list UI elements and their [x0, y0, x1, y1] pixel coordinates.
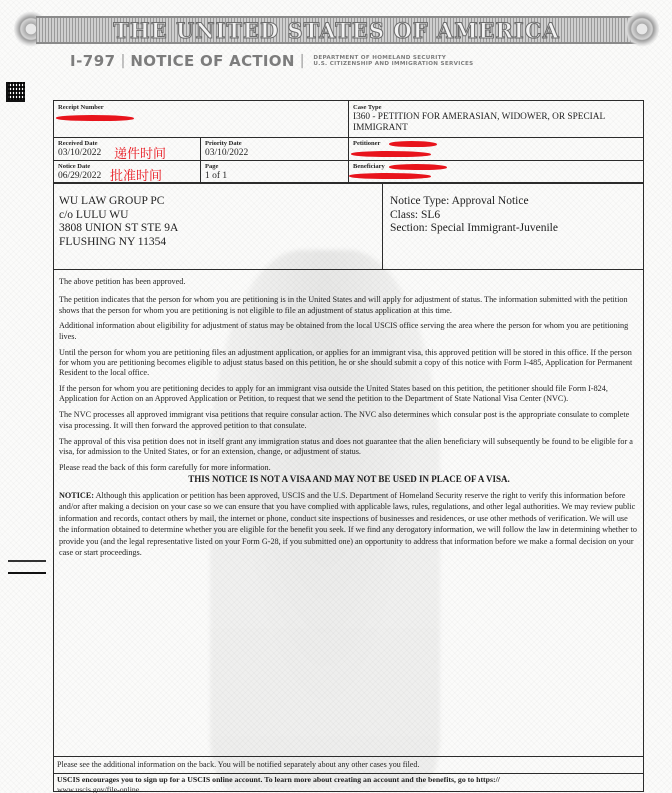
notice-date-cell: Notice Date 06/29/2022 批准时间 — [54, 160, 201, 182]
petitioner-cell: Petitioner — [349, 137, 643, 160]
footer-additional-info: Please see the additional information on… — [54, 756, 643, 773]
body-paragraph: Please read the back of this form carefu… — [59, 463, 639, 473]
notice-info: Notice Type: Approval Notice Class: SL6 … — [390, 195, 558, 236]
separator: | — [121, 53, 126, 69]
redaction-mark — [388, 164, 447, 170]
page-cell: Page 1 of 1 — [201, 160, 349, 182]
page-label: Page — [205, 163, 344, 171]
notice-type: Notice Type: Approval Notice — [390, 195, 558, 209]
banner: THE UNITED STATES OF AMERICA — [8, 10, 665, 48]
margin-mark — [8, 572, 46, 574]
divider — [382, 184, 383, 270]
body-paragraph: The above petition has been approved. — [59, 277, 639, 287]
body-paragraph: If the person for whom you are petitioni… — [59, 384, 639, 405]
banner-title: THE UNITED STATES OF AMERICA — [113, 18, 560, 43]
agency-name: DEPARTMENT OF HOMELAND SECURITY U.S. CIT… — [313, 55, 473, 68]
notice-body: The above petition has been approved. Th… — [59, 277, 639, 558]
receipt-number-cell: Receipt Number — [54, 101, 349, 137]
beneficiary-cell: Beneficiary — [349, 160, 643, 182]
rosette-icon — [625, 10, 659, 48]
page-value: 1 of 1 — [205, 171, 344, 182]
mailing-address: WU LAW GROUP PC c/o LULU WU 3808 UNION S… — [59, 195, 178, 249]
separator: | — [300, 53, 305, 69]
body-paragraph: The petition indicates that the person f… — [59, 295, 639, 316]
received-date-cell: Received Date 03/10/2022 递件时间 — [54, 137, 201, 160]
banner-band: THE UNITED STATES OF AMERICA — [36, 16, 637, 44]
redaction-mark — [388, 141, 437, 147]
body-paragraph: The approval of this visa petition does … — [59, 437, 639, 458]
case-type-cell: Case Type I360 - PETITION FOR AMERASIAN,… — [349, 101, 643, 137]
visa-warning: THIS NOTICE IS NOT A VISA AND MAY NOT BE… — [59, 474, 639, 484]
redaction-mark — [55, 115, 134, 121]
redaction-mark — [350, 151, 431, 157]
body-paragraph: Until the person for whom you are petiti… — [59, 348, 639, 379]
uscis-link[interactable]: www.uscis.gov/file-online. — [57, 785, 640, 793]
priority-date-label: Priority Date — [205, 140, 344, 148]
case-type-label: Case Type — [353, 104, 639, 112]
redaction-mark — [348, 173, 431, 179]
body-paragraph: The NVC processes all approved immigrant… — [59, 410, 639, 431]
priority-date-cell: Priority Date 03/10/2022 — [201, 137, 349, 160]
receipt-number-label: Receipt Number — [58, 104, 344, 112]
priority-date-value: 03/10/2022 — [205, 148, 344, 159]
notice-label: NOTICE: — [59, 491, 94, 500]
notice-text: Although this application or petition ha… — [59, 491, 637, 557]
datamatrix-barcode-icon — [6, 82, 25, 102]
notice-form: Receipt Number Case Type I360 - PETITION… — [53, 100, 644, 792]
case-type-value: I360 - PETITION FOR AMERASIAN, WIDOWER, … — [353, 112, 639, 134]
footer-online-account: USCIS encourages you to sign up for a US… — [54, 773, 643, 793]
margin-mark — [8, 560, 46, 562]
notice-paragraph: NOTICE: Although this application or pet… — [59, 490, 639, 558]
form-title: NOTICE OF ACTION — [130, 52, 294, 70]
notice-section: Section: Special Immigrant-Juvenile — [390, 222, 558, 236]
form-header: I-797 | NOTICE OF ACTION | DEPARTMENT OF… — [70, 52, 473, 70]
body-paragraph: Additional information about eligibility… — [59, 321, 639, 342]
notice-class: Class: SL6 — [390, 209, 558, 223]
form-number: I-797 — [70, 52, 116, 70]
